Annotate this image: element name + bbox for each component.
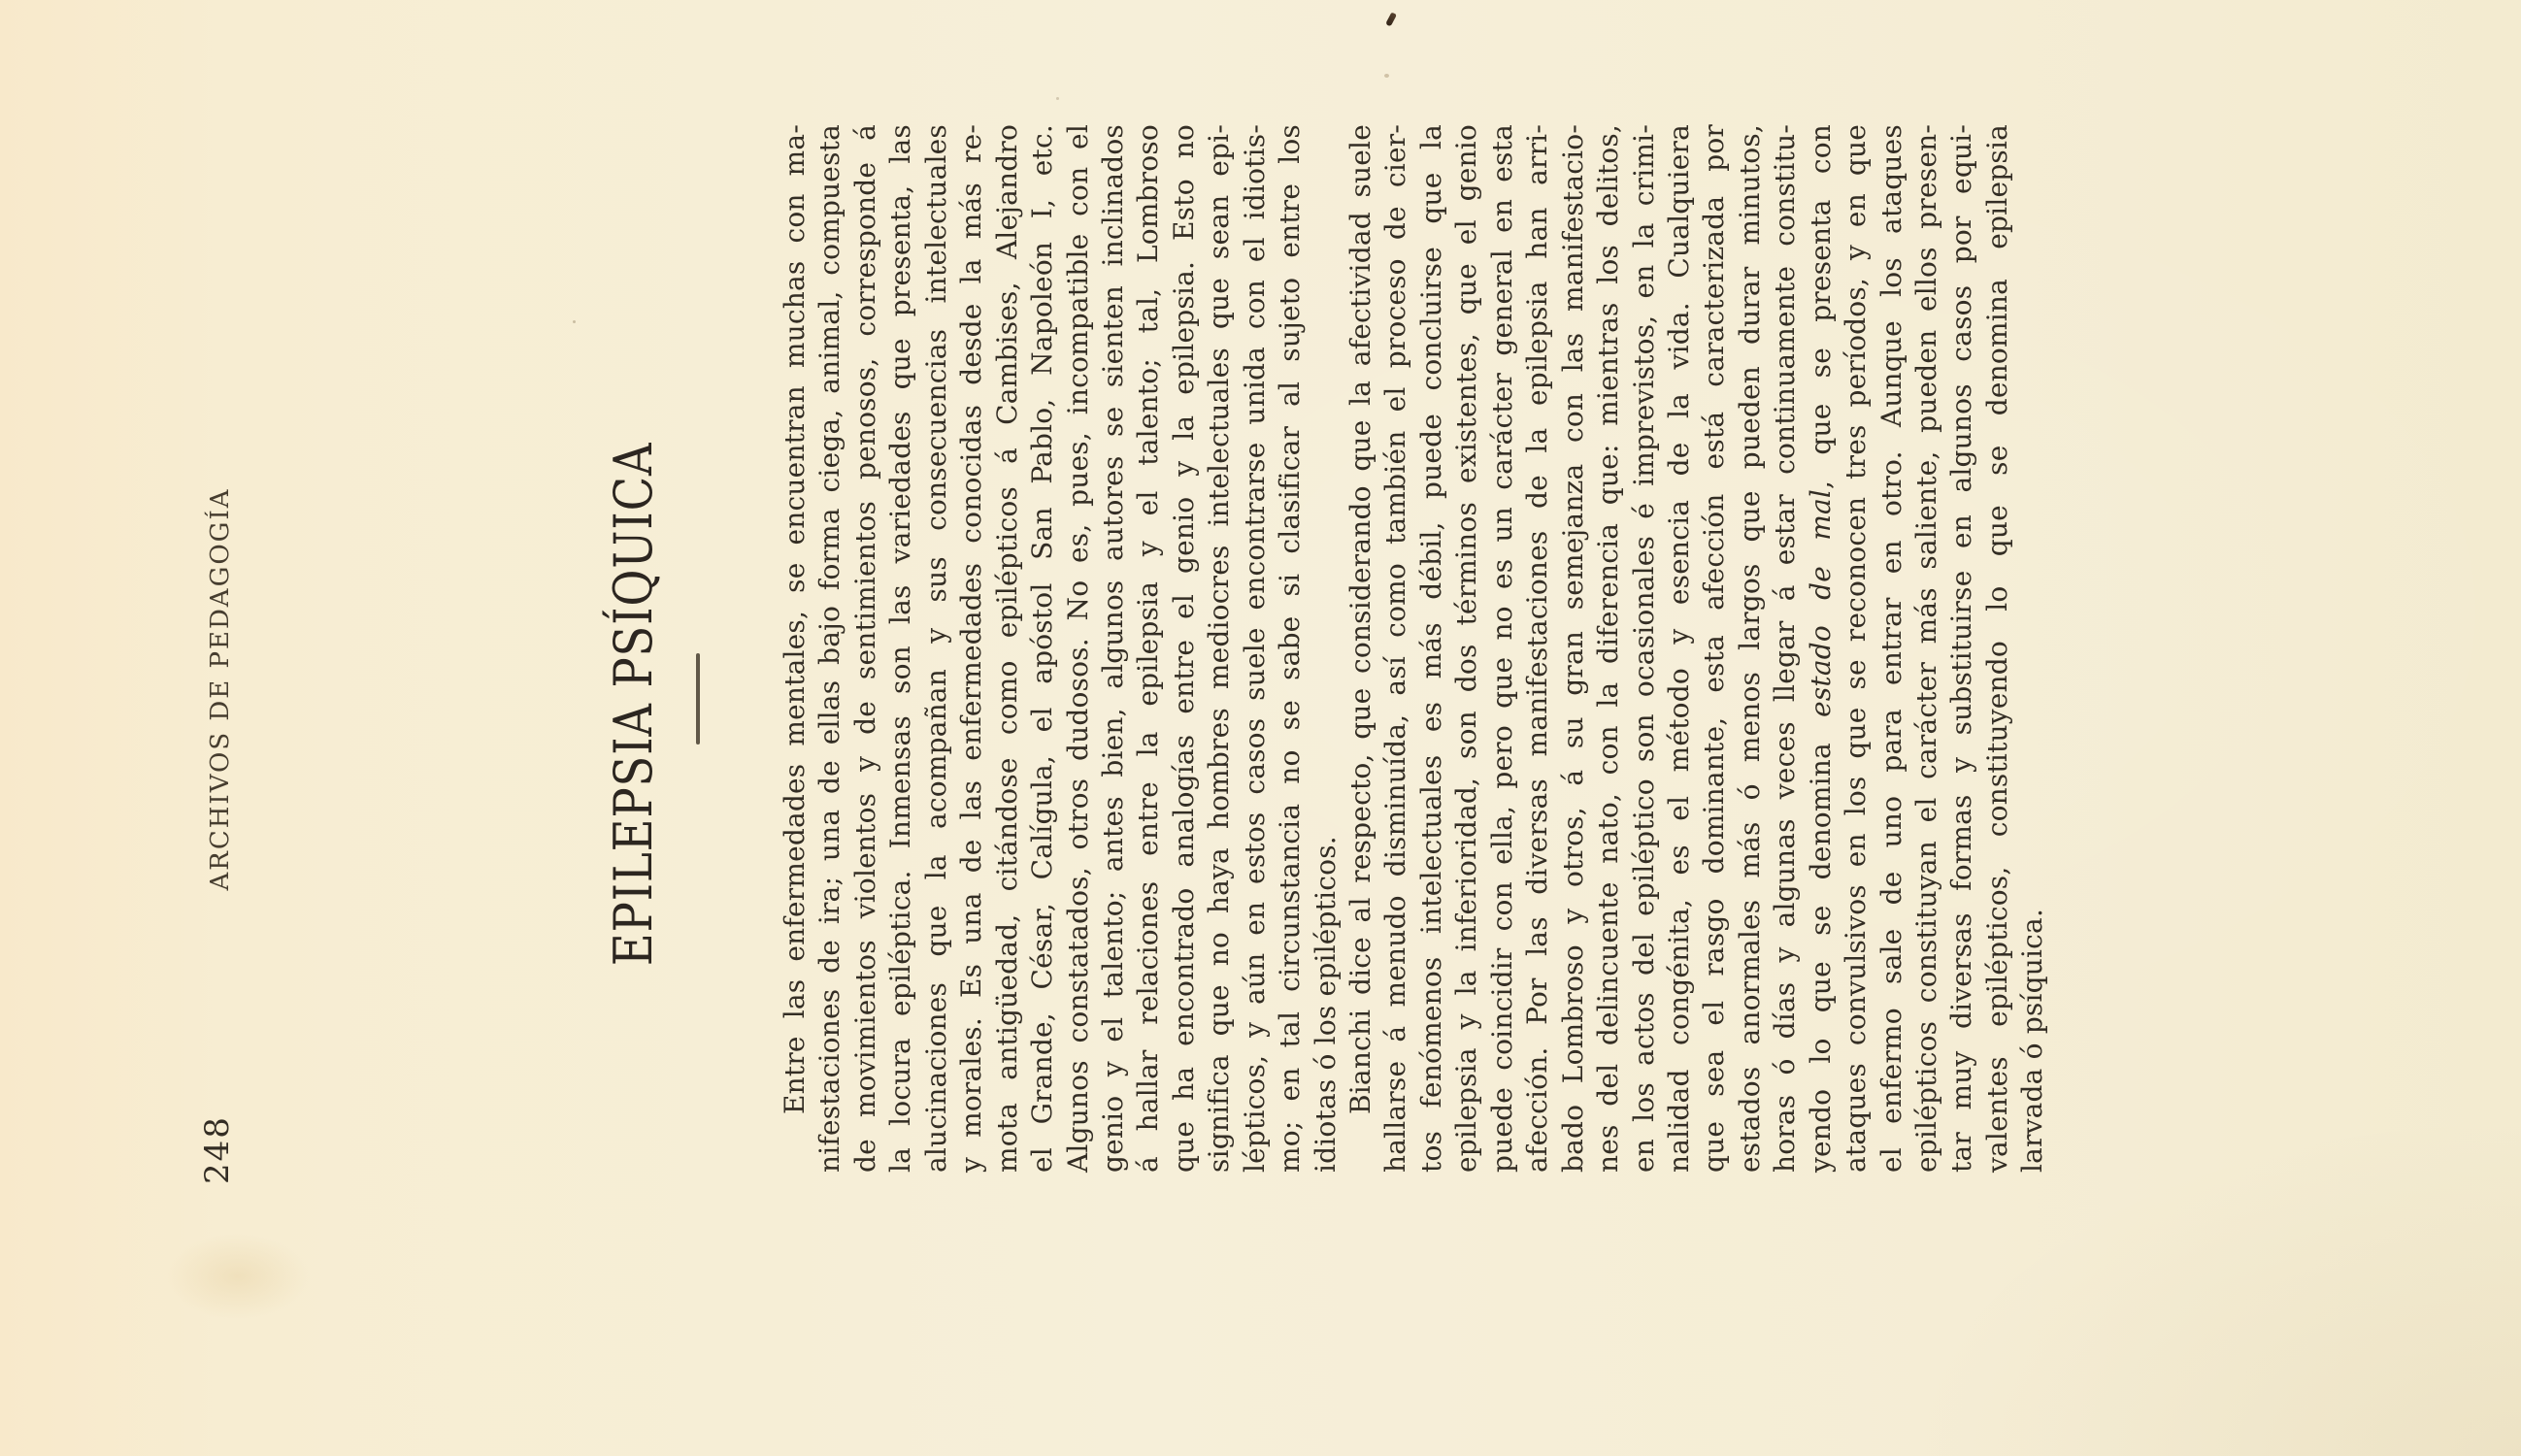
- text-line: hallarse á menudo disminuída, así como t…: [1378, 124, 1413, 1173]
- paper-speck: [573, 320, 576, 323]
- text-line: la locura epiléptica. Inmensas son las v…: [883, 124, 918, 1173]
- text-line: horas ó días y algunas veces llegar á es…: [1768, 124, 1803, 1173]
- text-line: lépticos, y aún en estos casos suele enc…: [1238, 124, 1273, 1173]
- text-line: puede coincidir con ella, pero que no es…: [1485, 124, 1520, 1173]
- text-line: tos fenómenos intelectuales es más débil…: [1414, 124, 1449, 1173]
- text-line: yendo lo que se denomina estado de mal, …: [1804, 124, 1839, 1173]
- ink-dot: [1384, 74, 1389, 78]
- text-line: que ha encontrado analogías entre el gen…: [1167, 124, 1202, 1173]
- text-line: estados anormales más ó menos largos que…: [1733, 124, 1768, 1173]
- rotated-page-content: 248 ARCHIVOS DE PEDAGOGÍA EPILEPSIA PSÍQ…: [0, 0, 2521, 1456]
- text-line: nifestaciones de ira; una de ellas bajo …: [813, 124, 847, 1173]
- text-line: valentes epilépticos, constituyendo lo q…: [1980, 124, 2015, 1173]
- text-line: y morales. Es una de las enfermedades co…: [954, 124, 989, 1173]
- scanned-page: 248 ARCHIVOS DE PEDAGOGÍA EPILEPSIA PSÍQ…: [0, 0, 2521, 1456]
- paragraph: Bianchi dice al respecto, que consideran…: [1343, 124, 2051, 1173]
- text-line: idiotas ó los epilépticos.: [1309, 124, 1343, 1173]
- text-line: epilépticos constituyan el carácter más …: [1909, 124, 1944, 1173]
- text-line: bado Lombroso y otros, á su gran semejan…: [1556, 124, 1591, 1173]
- text-segment: , que se presenta con: [1805, 124, 1837, 489]
- text-line: significa que no haya hombres mediocres …: [1202, 124, 1237, 1173]
- paper-speck: [1056, 97, 1059, 100]
- text-line: mota antigüedad, citándose como epilépti…: [990, 124, 1025, 1173]
- article-title: EPILEPSIA PSÍQUICA: [606, 180, 662, 1228]
- text-line: epilepsia y la inferioridad, son dos tér…: [1449, 124, 1484, 1173]
- title-divider-rule: [696, 653, 700, 745]
- text-line: el Grande, César, Calígula, el apóstol S…: [1025, 124, 1060, 1173]
- text-line: tar muy diversas formas y substituirse e…: [1944, 124, 1979, 1173]
- text-line: en los actos del epiléptico son ocasiona…: [1627, 124, 1662, 1173]
- running-head: ARCHIVOS DE PEDAGOGÍA: [205, 155, 236, 1223]
- paragraph: Entre las enfermedades mentales, se encu…: [778, 124, 1343, 1173]
- paper-stain: [165, 1233, 311, 1320]
- text-line: que sea el rasgo dominante, esta afecció…: [1697, 124, 1732, 1173]
- text-line: Bianchi dice al respecto, que consideran…: [1343, 124, 1378, 1173]
- text-line: afección. Por las diversas manifestacion…: [1520, 124, 1555, 1173]
- article-body: Entre las enfermedades mentales, se encu…: [778, 124, 2051, 1173]
- text-line: mo; en tal circunstancia no se sabe si c…: [1273, 124, 1308, 1173]
- text-line: ataques convulsivos en los que se recono…: [1839, 124, 1874, 1173]
- italic-phrase: estado de mal: [1805, 489, 1837, 717]
- text-line: nes del delincuente nato, con la diferen…: [1591, 124, 1626, 1173]
- text-line: Algunos constatados, otros dudosos. No e…: [1061, 124, 1096, 1173]
- text-line: el enfermo sale de uno para entrar en ot…: [1874, 124, 1909, 1173]
- text-line: genio y el talento; antes bien, algunos …: [1096, 124, 1131, 1173]
- text-segment: yendo lo que se denomina: [1805, 717, 1837, 1173]
- text-line: de movimientos violentos y de sentimient…: [848, 124, 883, 1173]
- text-line: nalidad congénita, es el método y esenci…: [1662, 124, 1697, 1173]
- text-line: á hallar relaciones entre la epilepsia y…: [1131, 124, 1166, 1173]
- article-title-text: EPILEPSIA PSÍQUICA: [606, 442, 662, 965]
- text-line: alucinaciones que la acompañan y sus con…: [919, 124, 954, 1173]
- text-line: larvada ó psíquica.: [2015, 124, 2050, 1173]
- text-line: Entre las enfermedades mentales, se encu…: [778, 124, 813, 1173]
